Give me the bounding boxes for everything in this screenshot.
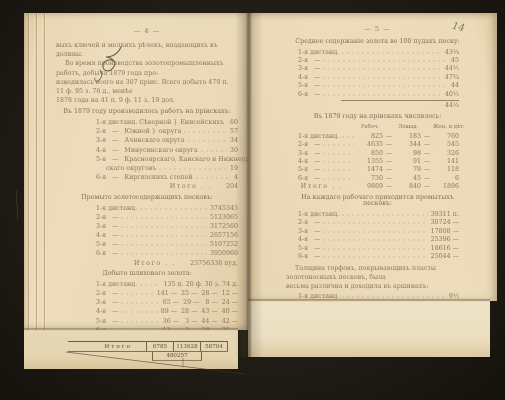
dot-leader bbox=[196, 175, 231, 179]
row-value: 5107252 bbox=[210, 242, 238, 249]
dot-leader bbox=[159, 166, 227, 170]
list-row: 1-я дистанц. 3745345 bbox=[96, 206, 238, 213]
dot-leader bbox=[323, 167, 354, 171]
row-label: 5-я — bbox=[298, 83, 320, 90]
row-value: 3950960 bbox=[210, 251, 238, 258]
gold-section-heading: Добыто шлиховаго золота: bbox=[56, 271, 238, 278]
row-label: 1-я дистанц. bbox=[96, 282, 137, 289]
row-label: 3-я — bbox=[298, 151, 320, 158]
works-section-heading: Въ 1879 году производилось работъ на прі… bbox=[56, 109, 238, 116]
list-row: 2-я — 141 — 25 — 28 — 12 — bbox=[96, 291, 238, 298]
foldout-sheet-right bbox=[248, 301, 490, 357]
census-row: 3-я — 850 98 326 bbox=[298, 151, 469, 158]
note-paragraph: Толщина торфовъ, покрывающихъ пласты зол… bbox=[286, 264, 469, 292]
list-row: 5-я — Красноярскаго, Канскаго и Нижнеуди… bbox=[96, 157, 238, 164]
dot-leader bbox=[342, 294, 446, 298]
foldout-cell: 6785 bbox=[146, 342, 173, 351]
row-value: 40½ bbox=[445, 92, 459, 99]
row-label: 5-я — bbox=[96, 319, 118, 326]
page-bottom-shadow bbox=[24, 328, 238, 331]
dash-separator bbox=[421, 151, 433, 158]
row-label: 3-я — bbox=[96, 224, 118, 231]
total-label: Итого . . bbox=[134, 261, 176, 268]
dot-leader bbox=[323, 75, 441, 79]
list-row: 1-я дистанц. 39311 п. bbox=[298, 212, 469, 219]
row-label-tail: округа . bbox=[159, 129, 186, 136]
row-value: 141 — 25 — 28 — 12 — bbox=[157, 291, 238, 298]
row-label: 4-я — bbox=[298, 75, 320, 82]
horses-value: 98 bbox=[395, 151, 421, 158]
workers-value: 850 bbox=[357, 151, 383, 158]
dash-separator bbox=[421, 167, 433, 174]
list-row: 2-я — Южной } округа . 57 bbox=[96, 129, 238, 136]
column-header: Жен. и дѣт. bbox=[433, 124, 459, 131]
total-value: 23756338 пуд. bbox=[190, 261, 238, 268]
dot-leader bbox=[121, 291, 153, 295]
row-value: 25044 — bbox=[431, 254, 459, 261]
foldout-table-subrow: 480257 bbox=[68, 352, 228, 361]
row-value: 43¼ bbox=[445, 50, 459, 57]
workers-value: 4635 bbox=[357, 142, 383, 149]
total-label: Итого . . bbox=[170, 184, 212, 191]
list-row: 6-я — 40½ bbox=[298, 92, 469, 99]
row-value: 5123065 bbox=[210, 215, 238, 222]
row-label: 3-я — Ачинскаго округа bbox=[96, 138, 185, 145]
row-label: 1-я дистанц. Сѣверной } bbox=[96, 120, 177, 127]
dot-leader bbox=[140, 282, 160, 286]
foldout-cell: 113628 bbox=[173, 342, 200, 351]
census-row: 2-я — 4635 344 545 bbox=[298, 142, 469, 149]
dot-leader bbox=[188, 129, 227, 133]
dash-separator bbox=[383, 176, 395, 183]
foldout-table-fragment: Итого 6785 113628 58704 480257 bbox=[68, 341, 228, 361]
dot-leader bbox=[121, 233, 207, 237]
dot-leader bbox=[140, 206, 207, 210]
row-label: 6-я — Киргизскихъ степей bbox=[96, 175, 193, 182]
row-value: 44 bbox=[451, 83, 459, 90]
horses-total: 840 bbox=[395, 184, 421, 191]
row-label: 4-я — bbox=[96, 309, 118, 316]
dot-leader bbox=[323, 237, 427, 241]
dot-leader bbox=[121, 309, 157, 313]
list-row: 4-я — Минусинскаго округа 30 bbox=[96, 148, 238, 155]
row-label: 6-я — bbox=[298, 254, 320, 261]
dot-leader bbox=[323, 220, 427, 224]
page-bottom-shadow bbox=[248, 299, 490, 302]
foldout-cell: 58704 bbox=[200, 342, 228, 351]
row-value: 65 — 29 — 8 — 24 — bbox=[163, 300, 238, 307]
dash-separator bbox=[421, 142, 433, 149]
census-row: 5-я — 1474 79 118 bbox=[298, 167, 469, 174]
dot-leader bbox=[323, 254, 427, 258]
row-value: 30724 — bbox=[431, 220, 459, 227]
list-row: 4-я — 89 — 28 — 43 — 40 — bbox=[96, 309, 238, 316]
list-row: 3-я — 44½ bbox=[298, 66, 469, 73]
horses-value: 79 bbox=[395, 167, 421, 174]
dot-leader bbox=[201, 148, 227, 152]
content-section-heading: Среднее содержаніе золота во 100 пудахъ … bbox=[286, 39, 469, 46]
page-edges bbox=[24, 13, 46, 330]
list-row: 3-я — 17808 — bbox=[298, 229, 469, 236]
row-label-tail: Енисейскихъ bbox=[180, 120, 224, 127]
list-row: 4-я — 47¾ bbox=[298, 75, 469, 82]
intro-paragraph: выхъ ключей и мелкихъ рѣчекъ, впадающихъ… bbox=[56, 41, 238, 105]
left-page: — 4 — выхъ ключей и мелкихъ рѣчекъ, впад… bbox=[24, 13, 248, 330]
list-row: 6-я — 3950960 bbox=[96, 251, 238, 258]
list-row: 1-я дистанц. 135 п. 20 ф. 30 з. 74 д. bbox=[96, 282, 238, 289]
dot-leader bbox=[121, 224, 207, 228]
list-row: 6-я — Киргизскихъ степей 4 bbox=[96, 175, 238, 182]
dash-separator bbox=[383, 159, 395, 166]
list-row: 3-я — 3172560 bbox=[96, 224, 238, 231]
row-label: 2-я — bbox=[96, 291, 118, 298]
row-value: 18616 — bbox=[431, 246, 459, 253]
row-label: 1-я дистанц. bbox=[96, 206, 137, 213]
dot-leader bbox=[323, 151, 354, 155]
dot-leader bbox=[121, 300, 159, 304]
dot-leader bbox=[323, 229, 427, 233]
right-page: — 5 — Среднее содержаніе золота во 100 п… bbox=[248, 13, 497, 301]
paragraph-line: весьма различна и доходила въ аршинахъ: bbox=[286, 282, 469, 291]
handwritten-page-mark: 14 bbox=[451, 21, 466, 34]
dash-separator bbox=[383, 134, 395, 141]
list-row: 2-я — 45 bbox=[298, 58, 469, 65]
dot-leader bbox=[342, 50, 442, 54]
left-page-number: — 4 — bbox=[56, 27, 238, 35]
row-label: 5-я — bbox=[96, 242, 118, 249]
list-row: 6-я — 25044 — bbox=[298, 254, 469, 261]
census-row: 1-я дистанц. 825 183 760 bbox=[298, 134, 469, 141]
horses-value: 45 bbox=[395, 176, 421, 183]
row-label: 4-я — bbox=[298, 159, 320, 166]
row-value: 25396 — bbox=[431, 237, 459, 244]
column-header: Рабоч. bbox=[357, 124, 383, 131]
dot-leader bbox=[342, 134, 354, 138]
dot-leader bbox=[323, 176, 354, 180]
women-children-value: 545 bbox=[433, 142, 459, 149]
paragraph-line: Толщина торфовъ, покрывающихъ пласты зол… bbox=[286, 264, 469, 282]
list-row: 5-я — 44 bbox=[298, 83, 469, 90]
row-label: 3-я — bbox=[298, 229, 320, 236]
list-row: 5-я — 36 — 3 — 44 — 42 — bbox=[96, 319, 238, 326]
row-value: 44½ bbox=[445, 66, 459, 73]
row-label: 2-я — bbox=[96, 215, 118, 222]
census-row: 6-я — 730 45 6 bbox=[298, 176, 469, 183]
paragraph-line: выхъ ключей и мелкихъ рѣчекъ, впадающихъ… bbox=[56, 41, 238, 59]
workers-total: 9869 bbox=[357, 184, 383, 191]
washed-section-heading: Промыто золотосодержащихъ песковъ: bbox=[56, 195, 238, 202]
list-row: 5-я — 18616 — bbox=[298, 246, 469, 253]
dash-separator bbox=[421, 134, 433, 141]
row-value: 89 — 28 — 43 — 40 — bbox=[161, 309, 238, 316]
row-label: 6-я — bbox=[298, 176, 320, 183]
dot-leader bbox=[121, 319, 159, 323]
list-row: 3-я — 65 — 29 — 8 — 24 — bbox=[96, 300, 238, 307]
list-row: 3-я — Ачинскаго округа 34 bbox=[96, 138, 238, 145]
horses-value: 344 bbox=[395, 142, 421, 149]
row-label: 2-я — bbox=[298, 220, 320, 227]
dot-leader bbox=[121, 242, 207, 246]
row-value: 2657156 bbox=[210, 233, 238, 240]
dot-leader bbox=[121, 215, 207, 219]
dot-leader bbox=[188, 138, 227, 142]
women-children-value: 141 bbox=[433, 159, 459, 166]
row-label: 5-я — bbox=[298, 246, 320, 253]
row-label: 4-я — bbox=[298, 237, 320, 244]
dot-leader bbox=[342, 212, 428, 216]
row-value: 3172560 bbox=[210, 224, 238, 231]
list-row: 2-я — 30724 — bbox=[298, 220, 469, 227]
row-value: 39311 п. bbox=[431, 212, 459, 219]
workers-value: 825 bbox=[357, 134, 383, 141]
workers-value: 1474 bbox=[357, 167, 383, 174]
dot-leader bbox=[323, 92, 441, 96]
foldout-subtotal: 480257 bbox=[152, 352, 202, 361]
dash-separator bbox=[383, 151, 395, 158]
margin-pencil-mark bbox=[16, 190, 18, 220]
row-value: 135 п. 20 ф. 30 з. 74 д. bbox=[163, 282, 238, 289]
dot-leader bbox=[121, 251, 207, 255]
list-row: 1-я дистанц. 43¼ bbox=[298, 50, 469, 57]
row-value: 47¾ bbox=[445, 75, 459, 82]
right-page-number: — 5 — bbox=[286, 25, 469, 33]
foldout-table-row: Итого 6785 113628 58704 bbox=[68, 341, 228, 352]
horses-value: 183 bbox=[395, 134, 421, 141]
women-children-value: 6 bbox=[433, 176, 459, 183]
list-row: 5-я — 5107252 bbox=[96, 242, 238, 249]
women-children-value: 326 bbox=[433, 151, 459, 158]
dash-separator bbox=[383, 142, 395, 149]
row-label: 6-я — bbox=[96, 251, 118, 258]
dash-separator bbox=[383, 184, 395, 191]
list-row-continuation: скаго округовъ 19 bbox=[96, 166, 238, 173]
workers-value: 730 bbox=[357, 176, 383, 183]
list-row: 1-я дистанц. Сѣверной } Енисейскихъ 60 bbox=[96, 120, 238, 127]
dash-separator bbox=[421, 176, 433, 183]
women-children-total: 1896 bbox=[433, 184, 459, 191]
average-value: 44¼ bbox=[445, 103, 459, 110]
row-label: 1-я дистанц. bbox=[298, 134, 339, 141]
dot-leader bbox=[323, 246, 427, 250]
row-label: 4-я — bbox=[96, 233, 118, 240]
dash-separator bbox=[421, 159, 433, 166]
row-label: 3-я — bbox=[96, 300, 118, 307]
dot-leader bbox=[323, 66, 441, 70]
census-header-row: Рабоч. Лошад. Жен. и дѣт. bbox=[298, 124, 469, 131]
row-value: 3745345 bbox=[210, 206, 238, 213]
row-label: 4-я — Минусинскаго округа bbox=[96, 148, 198, 155]
dash-separator bbox=[421, 184, 433, 191]
book-gutter-shadow bbox=[235, 13, 263, 357]
paragraph-line: 1878 года на 41 п. 9 ф. 11 з. 19 дол. bbox=[56, 96, 238, 105]
row-label: скаго округовъ bbox=[106, 166, 156, 173]
row-label: 2-я — bbox=[298, 58, 320, 65]
row-label: 2-я — bbox=[298, 142, 320, 149]
sum-rule bbox=[341, 100, 459, 101]
book-scan-photo: — 4 — выхъ ключей и мелкихъ рѣчекъ, впад… bbox=[0, 0, 505, 400]
dot-leader bbox=[323, 58, 448, 62]
dash-separator bbox=[383, 167, 395, 174]
paragraph-line: Во время производства золотопромышленных… bbox=[56, 59, 238, 77]
dot-leader bbox=[323, 83, 448, 87]
census-total-row: Итого . . 9869 840 1896 bbox=[298, 184, 469, 191]
row-label: 3-я — bbox=[298, 66, 320, 73]
row-value: 17808 — bbox=[431, 229, 459, 236]
row-label: 1-я дистанц. bbox=[298, 50, 339, 57]
total-label: Итого . . bbox=[301, 184, 343, 191]
paragraph-line: изводилась всего на 307 пріис. Всего доб… bbox=[56, 78, 238, 96]
row-value: 36 — 3 — 44 — 42 — bbox=[163, 319, 238, 326]
women-children-value: 760 bbox=[433, 134, 459, 141]
census-row: 4-я — 1355 91 141 bbox=[298, 159, 469, 166]
row-label: 5-я — bbox=[298, 167, 320, 174]
horses-value: 91 bbox=[395, 159, 421, 166]
column-header: Лошад. bbox=[395, 124, 421, 131]
list-row: 2-я — 5123065 bbox=[96, 215, 238, 222]
foldout-total-label: Итого bbox=[68, 342, 146, 351]
list-row: 4-я — 25396 — bbox=[298, 237, 469, 244]
row-label: 6-я — bbox=[298, 92, 320, 99]
row-label: 2-я — Южной } bbox=[96, 129, 156, 136]
workers-value: 1355 bbox=[357, 159, 383, 166]
washed-total-row: Итого . . 23756338 пуд. bbox=[56, 261, 238, 268]
average-row: 44¼ bbox=[286, 103, 469, 110]
per-worker-section-heading: На каждаго рабочаго приходится промытыхъ… bbox=[286, 195, 469, 208]
women-children-value: 118 bbox=[433, 167, 459, 174]
dot-leader bbox=[323, 142, 354, 146]
census-section-heading: Въ 1879 году на пріискахъ числилось: bbox=[286, 114, 469, 121]
list-row: 4-я — 2657156 bbox=[96, 233, 238, 240]
row-label: 1-я дистанц. bbox=[298, 212, 339, 219]
dot-leader bbox=[323, 159, 354, 163]
works-total-row: Итого . . 204 bbox=[56, 184, 238, 191]
row-value: 45 bbox=[451, 58, 459, 65]
